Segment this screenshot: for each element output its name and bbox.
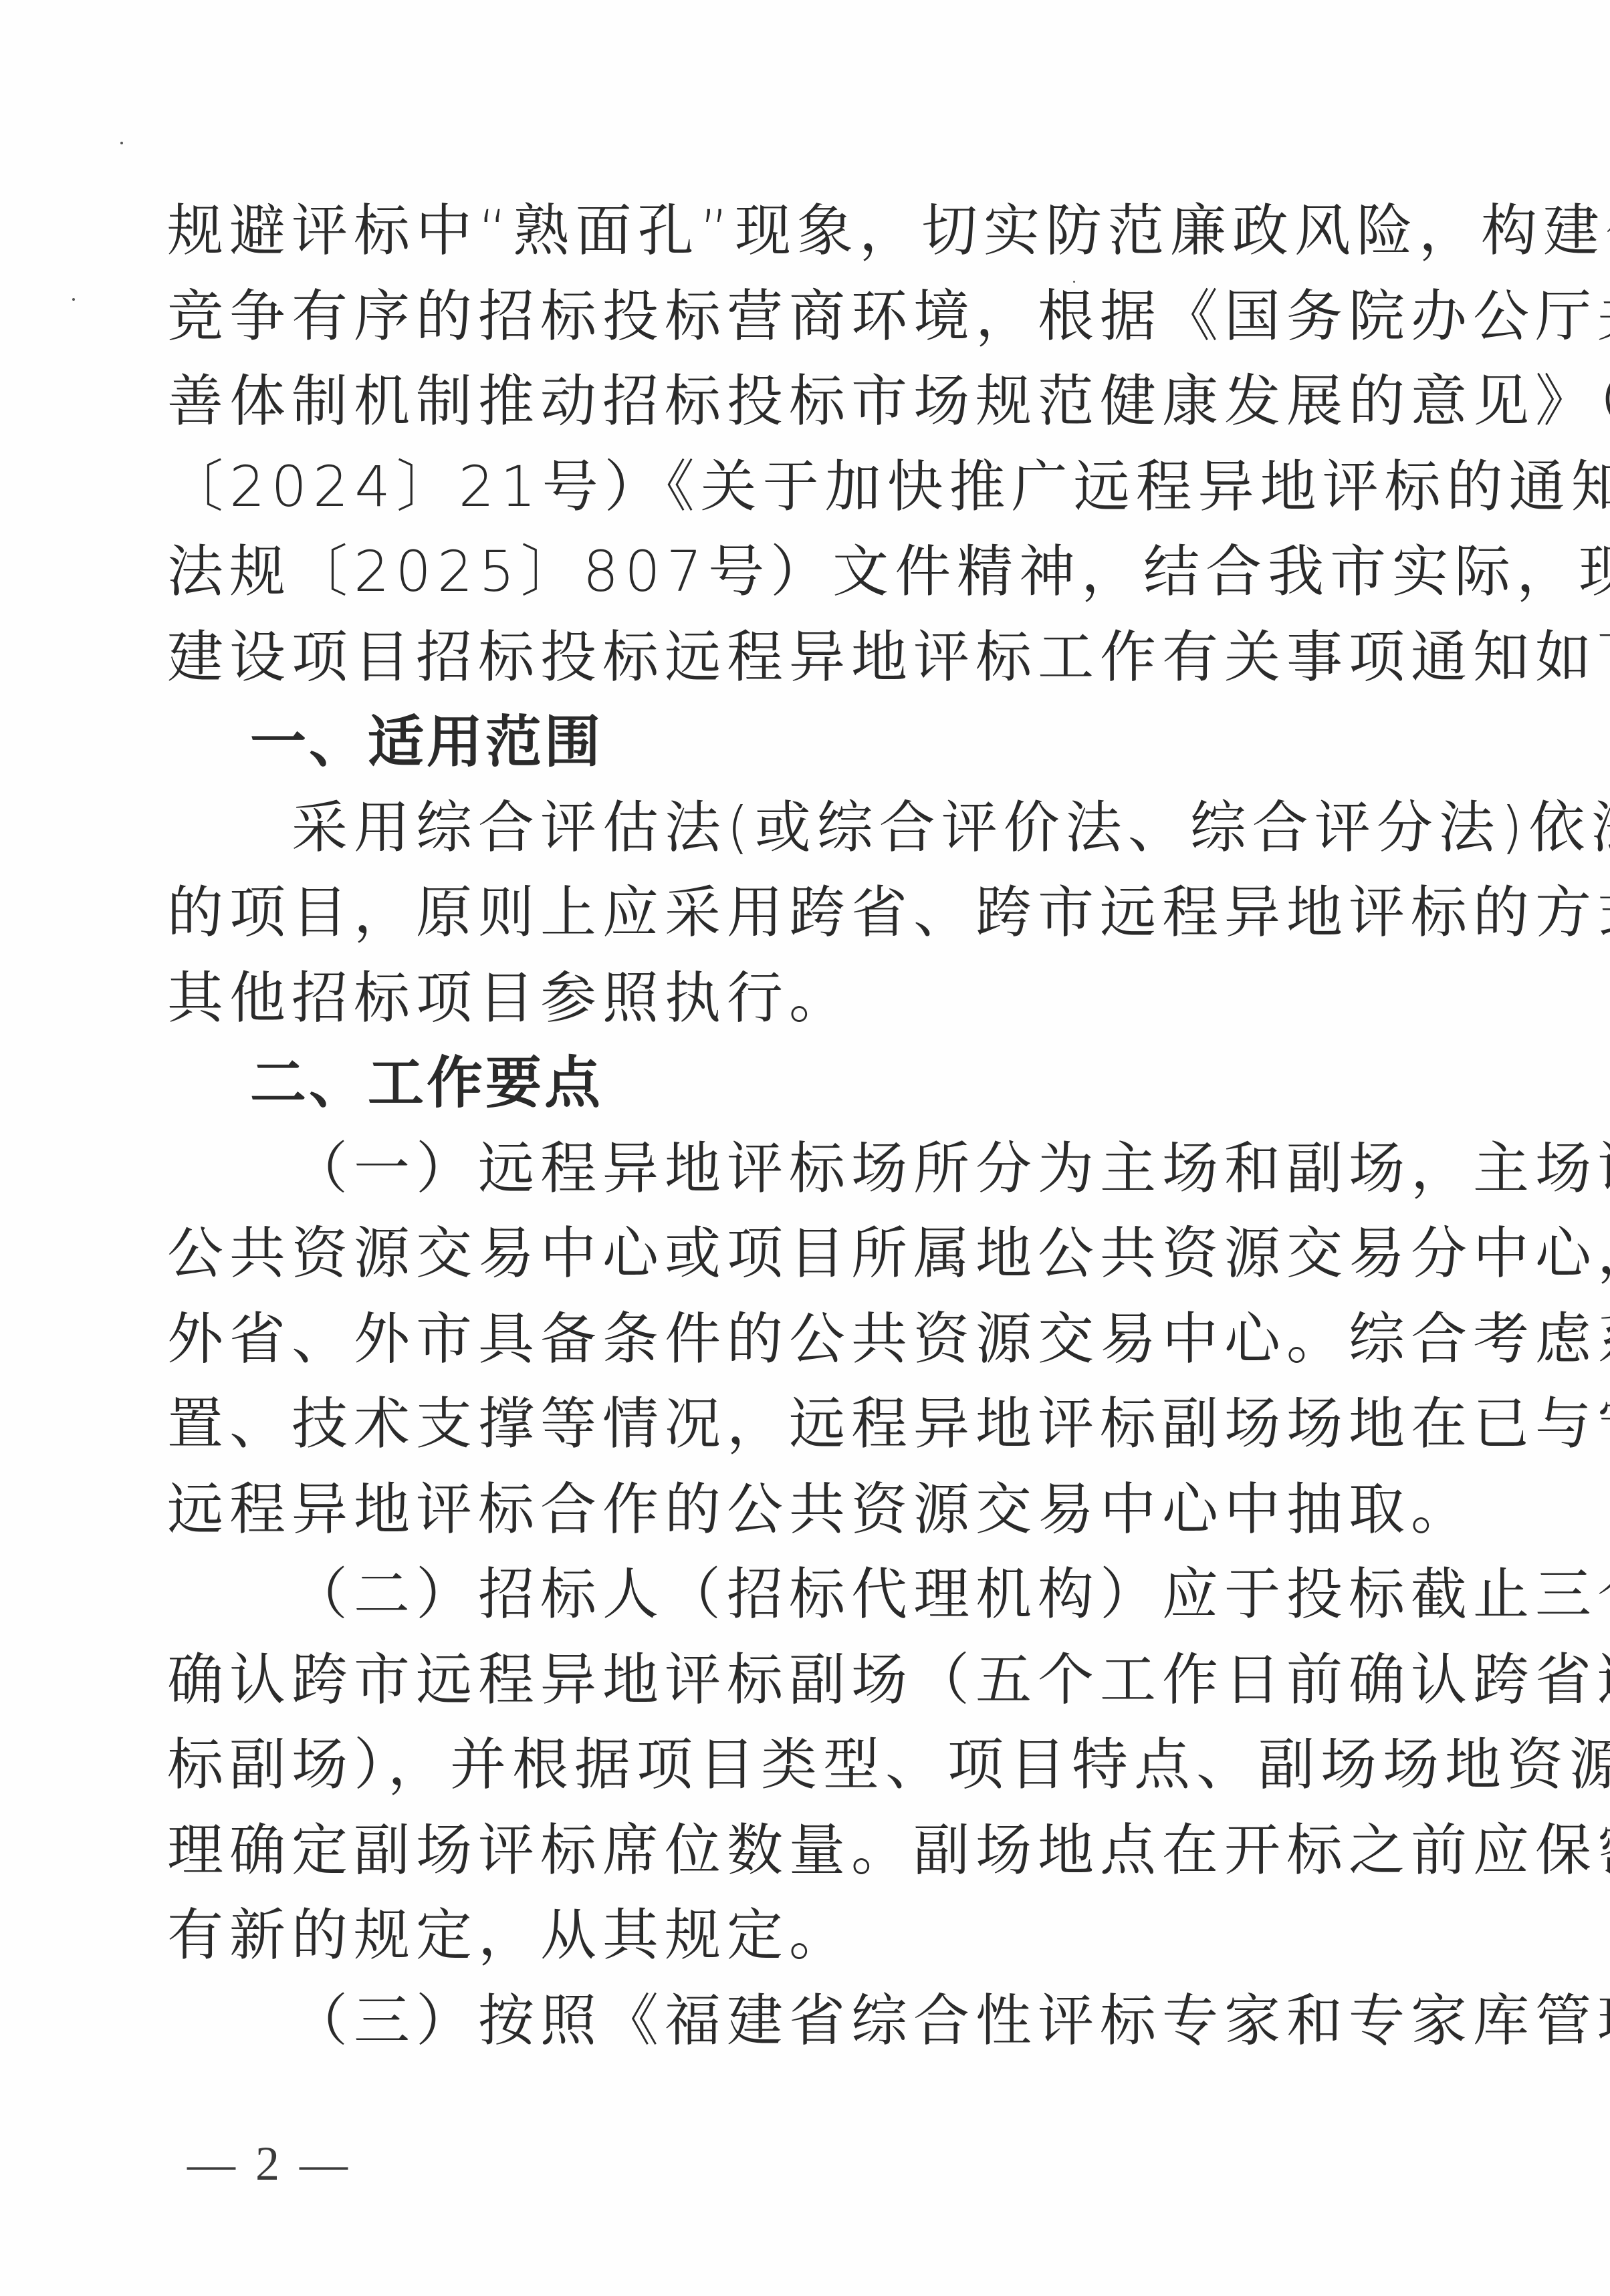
text-line: 其他招标项目参照执行。 [167, 956, 1417, 1041]
section-scope: 一、适用范围 采用综合评估法(或综合评价法、综合评分法)依法必须招标 的项目，原… [167, 700, 1417, 1041]
text-line: 竞争有序的招标投标营商环境，根据《国务院办公厅关于创新完 [167, 274, 1417, 360]
text-line: （二）招标人（招标代理机构）应于投标截止三个工作日前 [167, 1552, 1417, 1638]
intro-paragraph: 规避评标中“熟面孔”现象，切实防范廉政风险，构建公平公正、 竞争有序的招标投标营… [167, 188, 1417, 700]
text-line: 有新的规定，从其规定。 [167, 1893, 1417, 1979]
text-line: 置、技术支撑等情况，远程异地评标副场场地在已与宁德市开展 [167, 1382, 1417, 1467]
text-line: 外省、外市具备条件的公共资源交易中心。综合考虑系统设备配 [167, 1297, 1417, 1382]
text-line: 建设项目招标投标远程异地评标工作有关事项通知如下： [167, 615, 1417, 700]
text-line: 〔2024〕21号）《关于加快推广远程异地评标的通知》（发改办 [167, 444, 1417, 530]
scan-speck [120, 142, 123, 144]
section-heading: 一、适用范围 [167, 700, 1417, 785]
key-point-item-1: （一）远程异地评标场所分为主场和副场，主场设在宁德市 公共资源交易中心或项目所属… [167, 1126, 1417, 1553]
text-line: 规避评标中“熟面孔”现象，切实防范廉政风险，构建公平公正、 [167, 188, 1417, 274]
text-line: 的项目，原则上应采用跨省、跨市远程异地评标的方式进行评标， [167, 870, 1417, 956]
section-heading: 二、工作要点 [167, 1041, 1417, 1126]
text-line: 善体制机制推动招标投标市场规范健康发展的意见》（国办发 [167, 359, 1417, 444]
key-point-item-3: （三）按照《福建省综合性评标专家和专家库管理办法》 [167, 1979, 1417, 2064]
text-line: 标副场），并根据项目类型、项目特点、副场场地资源等情况合 [167, 1723, 1417, 1808]
page-number: — 2 — [187, 2136, 352, 2192]
scan-speck [72, 298, 75, 301]
document-body: 规避评标中“熟面孔”现象，切实防范廉政风险，构建公平公正、 竞争有序的招标投标营… [167, 188, 1417, 2063]
text-line: 公共资源交易中心或项目所属地公共资源交易分中心，副场设在 [167, 1211, 1417, 1297]
section-key-points: 二、工作要点 （一）远程异地评标场所分为主场和副场，主场设在宁德市 公共资源交易… [167, 1041, 1417, 2063]
text-line: 理确定副场评标席位数量。副场地点在开标之前应保密，省级如 [167, 1808, 1417, 1894]
text-line: 远程异地评标合作的公共资源交易中心中抽取。 [167, 1467, 1417, 1553]
text-line: 法规〔2025〕807号）文件精神，结合我市实际，现就推进工程 [167, 529, 1417, 615]
text-line: 采用综合评估法(或综合评价法、综合评分法)依法必须招标 [167, 785, 1417, 871]
text-line: 确认跨市远程异地评标副场（五个工作日前确认跨省远程异地评 [167, 1638, 1417, 1723]
text-line: （一）远程异地评标场所分为主场和副场，主场设在宁德市 [167, 1126, 1417, 1212]
key-point-item-2: （二）招标人（招标代理机构）应于投标截止三个工作日前 确认跨市远程异地评标副场（… [167, 1552, 1417, 1979]
text-line: （三）按照《福建省综合性评标专家和专家库管理办法》 [167, 1979, 1417, 2064]
document-page: 规避评标中“熟面孔”现象，切实防范廉政风险，构建公平公正、 竞争有序的招标投标营… [0, 0, 1610, 2296]
